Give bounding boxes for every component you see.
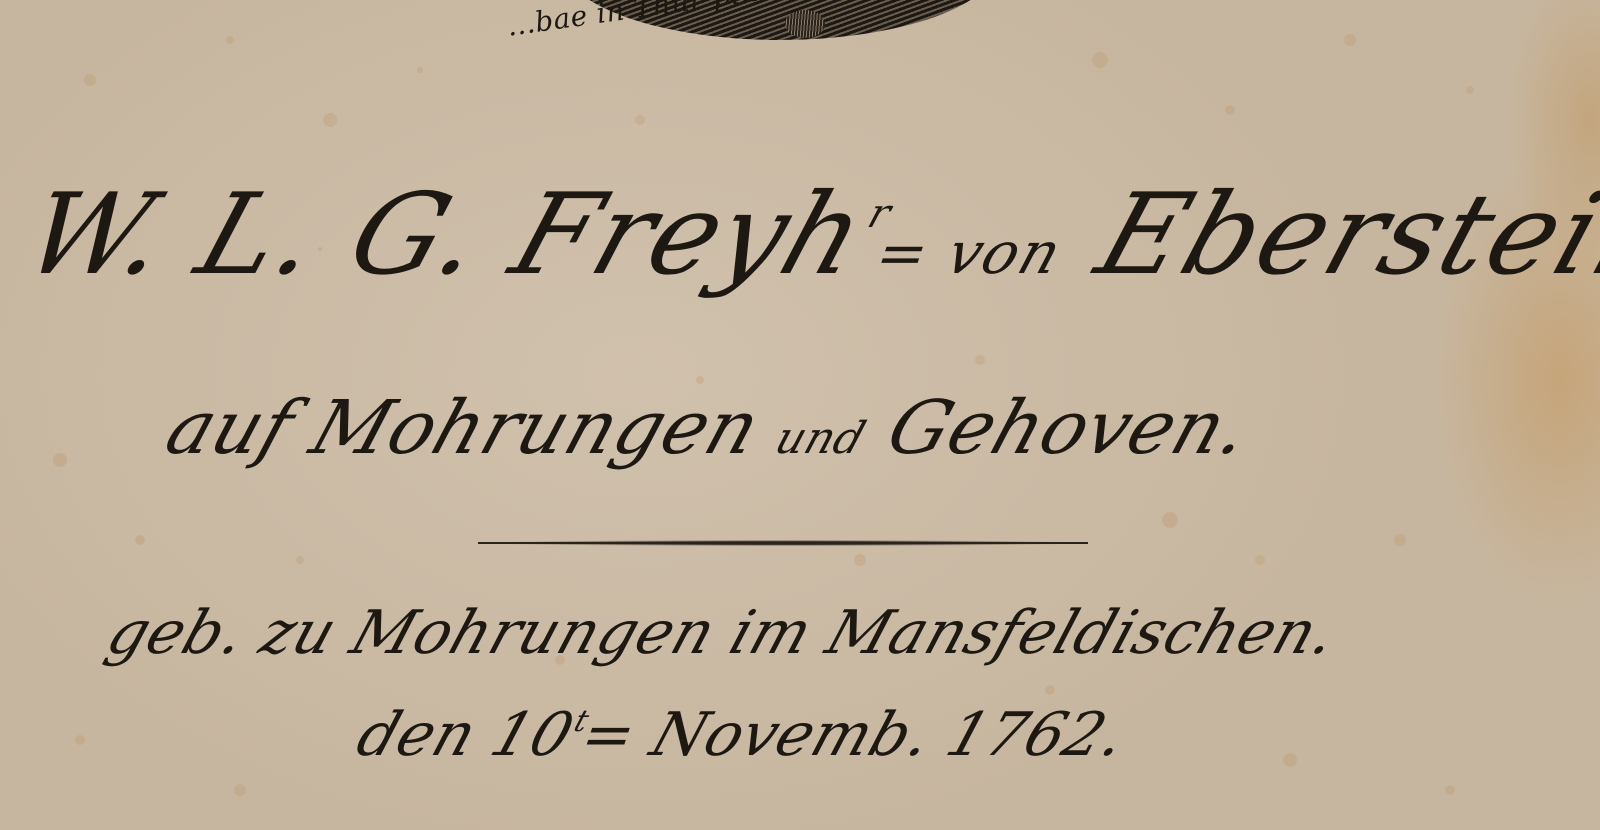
portrait-engraving-detail — [785, 10, 825, 38]
estate-1: Mohrungen — [301, 385, 771, 471]
initials: W. L. G. — [10, 170, 502, 300]
month: = Novemb. — [572, 700, 941, 770]
year: 1762. — [938, 700, 1135, 770]
date-prefix: den 10 — [349, 700, 583, 770]
estates-line: auf Mohrungen und Gehoven. — [156, 385, 1261, 471]
ornamental-divider — [478, 540, 1088, 546]
surname: Eberstein — [1083, 170, 1600, 300]
conjunction: und — [769, 413, 872, 464]
birth-place-line: geb. zu Mohrungen im Mansfeldischen. — [99, 598, 1346, 668]
estate-2: Gehoven. — [877, 385, 1261, 471]
birth-date-line: den 10t= Novemb. 1762. — [349, 700, 1135, 770]
particle: = von — [867, 219, 1071, 287]
rank: Freyh — [497, 170, 882, 300]
title-line: W. L. G. Freyhr= von Eberstein — [10, 170, 1600, 300]
